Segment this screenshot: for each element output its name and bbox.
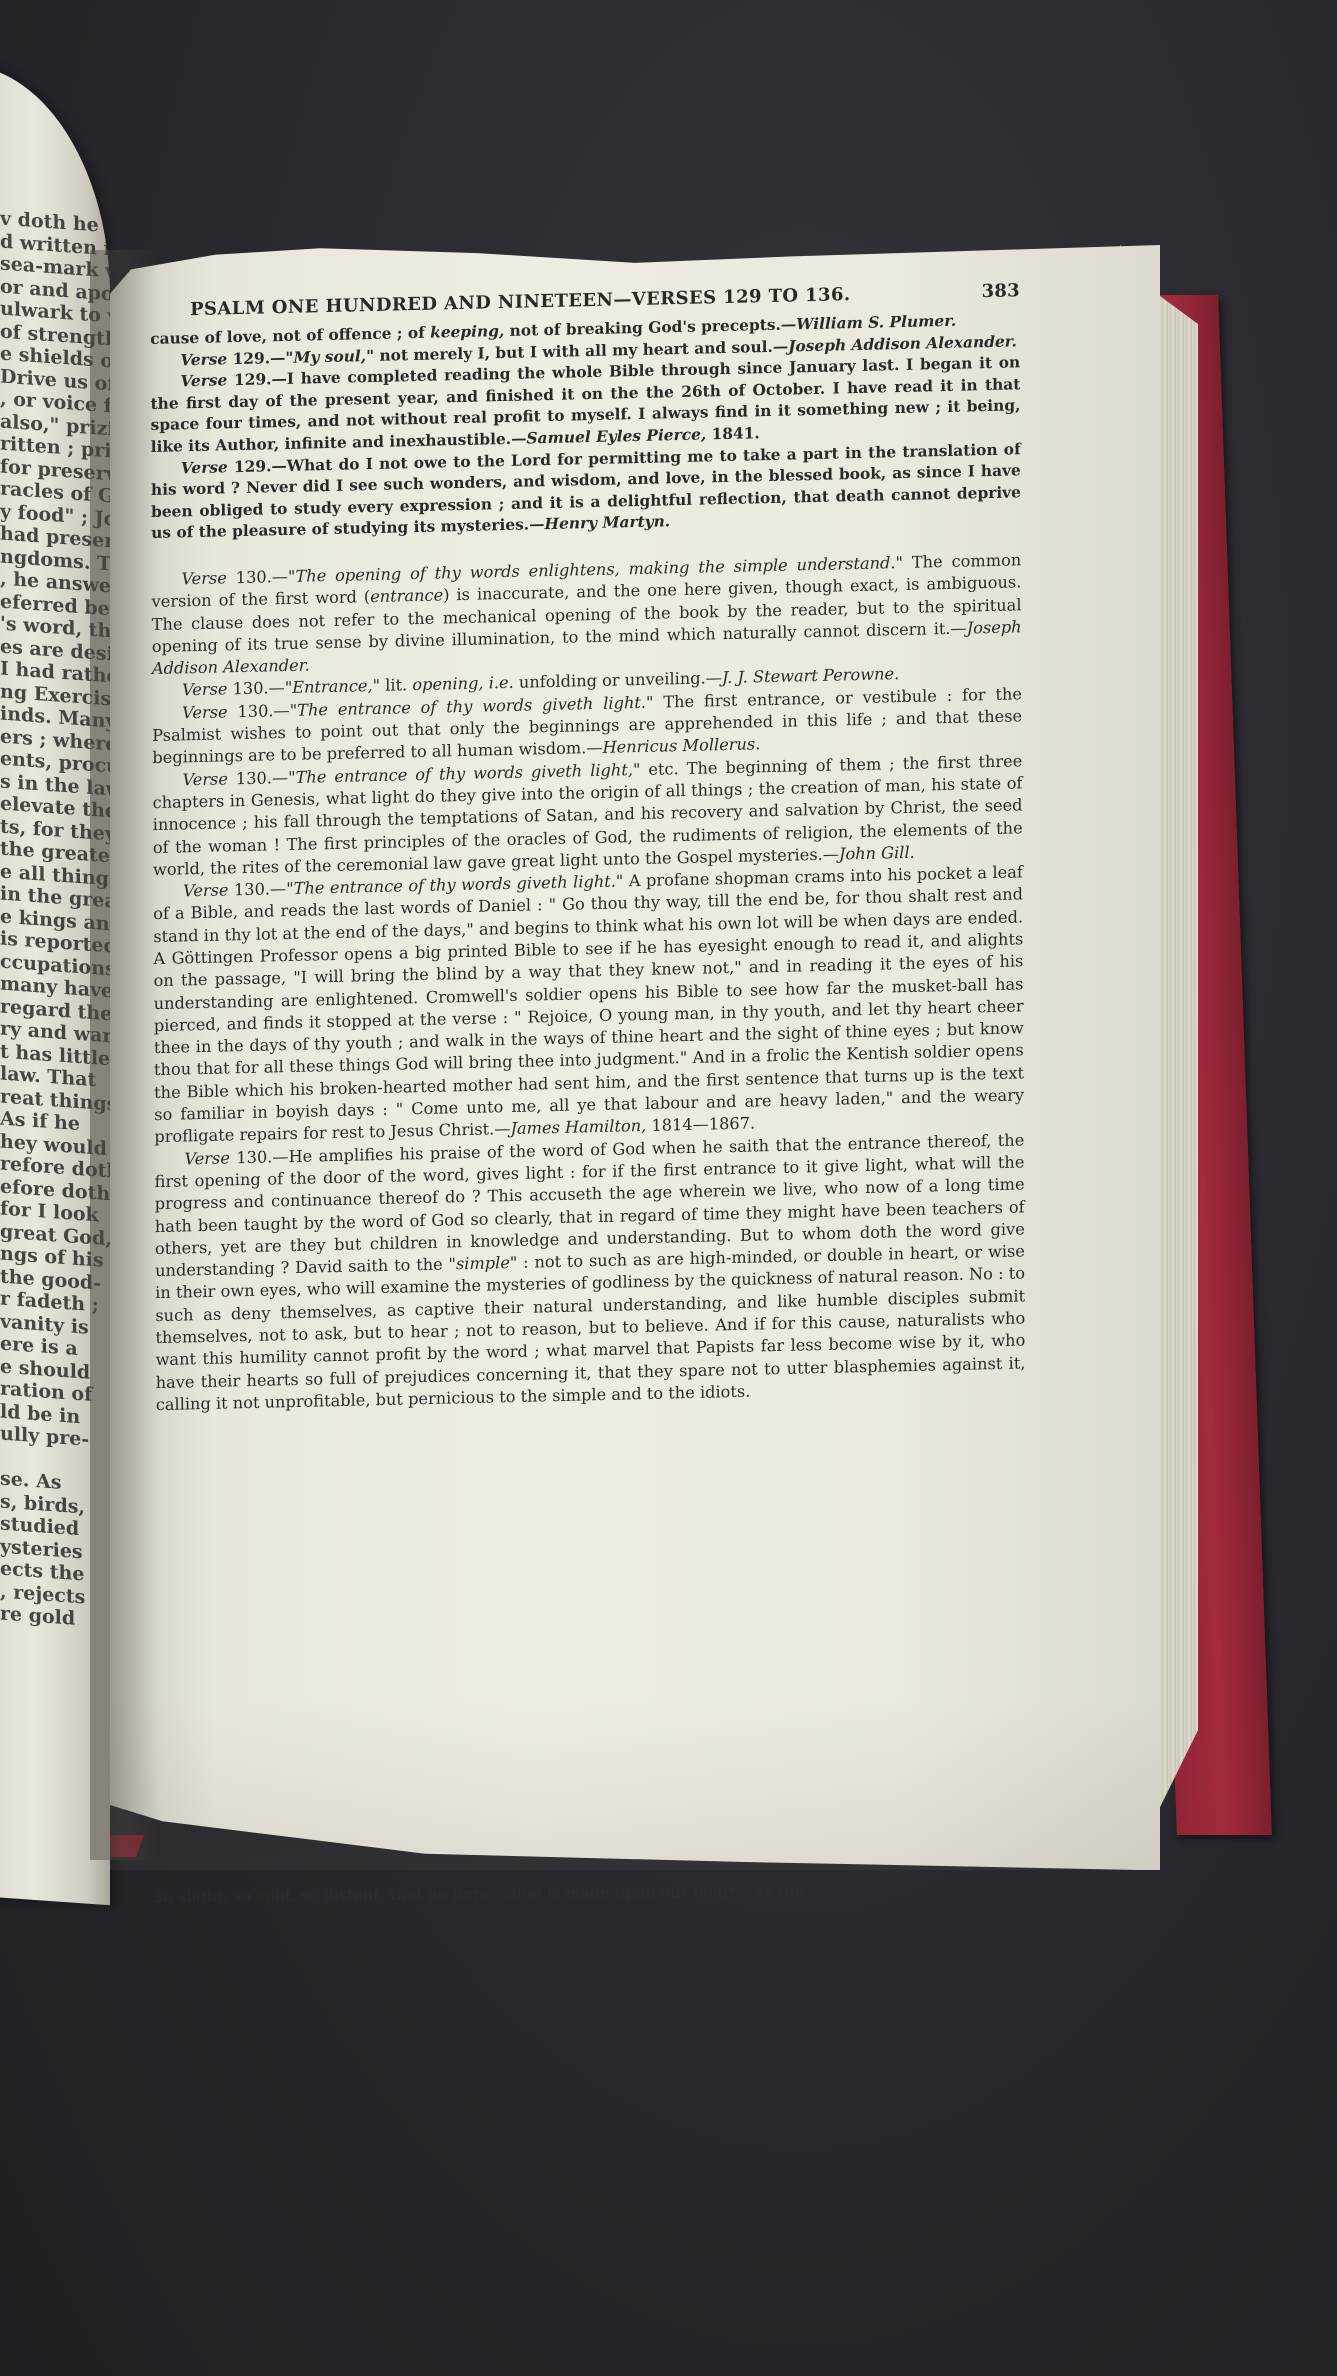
paragraph-verse-130-d: Verse 130.—"The entrance of thy words gi… [152, 750, 1022, 881]
verse-130-section: Verse 130.—"The opening of thy words enl… [151, 549, 1025, 1416]
photo-scene: v doth he gived written is the sea-mark … [0, 0, 1337, 2376]
page-number: 383 [982, 280, 1020, 302]
author-citation: J. J. Stewart Perowne. [722, 665, 899, 688]
verse-129-section: cause of love, not of offence ; of keepi… [150, 309, 1021, 545]
author-citation: Henry Martyn. [544, 513, 670, 534]
gutter-shadow [90, 250, 160, 1860]
page-content: PSALM ONE HUNDRED AND NINETEEN—VERSES 12… [150, 280, 1026, 1416]
author-citation: Joseph Addison Alexander. [788, 332, 1017, 355]
author-citation: James Hamilton, [510, 1116, 646, 1138]
bleed-through-text: so slight, so cold, so distant, that no … [155, 1879, 1025, 1906]
author-citation: John Gill. [839, 843, 915, 864]
author-citation: Henricus Mollerus. [602, 735, 760, 758]
paragraph-verse-130-a: Verse 130.—"The opening of thy words enl… [151, 549, 1021, 680]
author-citation: Samuel Eyles Pierce, [526, 425, 706, 447]
author-citation: William S. Plumer. [796, 312, 956, 334]
paragraph-verse-130-e: Verse 130.—"The entrance of thy words gi… [153, 861, 1024, 1148]
paragraph-verse-130-f: Verse 130.—He amplifies his praise of th… [154, 1129, 1025, 1416]
